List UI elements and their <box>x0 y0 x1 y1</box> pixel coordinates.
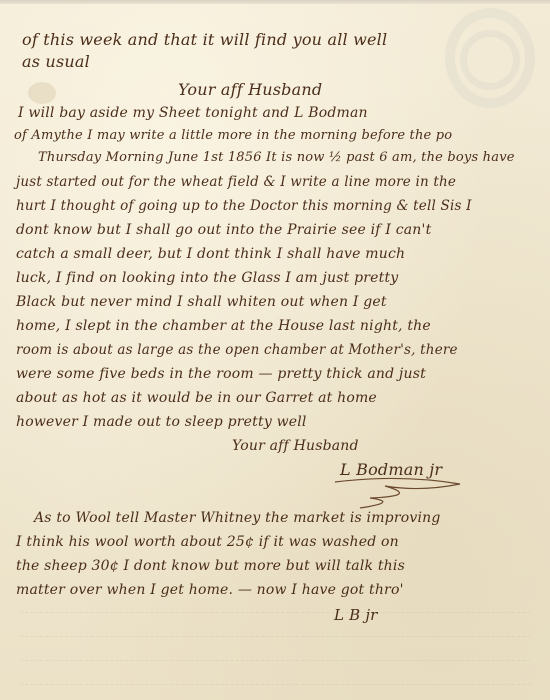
letter-line-text: of Amythe I may write a little more in t… <box>14 128 452 143</box>
letter-line: as usual <box>22 52 90 71</box>
paper-stain <box>28 82 56 104</box>
bleed-through-line <box>20 636 530 651</box>
letter-line: Black but never mind I shall whiten out … <box>16 294 387 310</box>
letter-line: catch a small deer, but I dont think I s… <box>16 246 405 262</box>
letter-line: hurt I thought of going up to the Doctor… <box>16 198 472 214</box>
closing-line: Your aff Husband <box>178 80 322 99</box>
letter-line: luck, I find on looking into the Glass I… <box>16 270 398 286</box>
embossed-seal-inner <box>460 30 520 90</box>
postscript-line: the sheep 30¢ I dont know but more but w… <box>16 558 405 574</box>
letter-line: about as hot as it would be in our Garre… <box>16 390 377 406</box>
closing-line: Your aff Husband <box>232 438 359 454</box>
letter-line: just started out for the wheat field & I… <box>16 174 456 190</box>
letter-page: of this week and that it will find you a… <box>0 0 550 700</box>
postscript-line: matter over when I get home. — now I hav… <box>16 582 404 598</box>
letter-line: I will bay aside my Sheet tonight and L … <box>18 105 368 121</box>
date-line: Thursday Morning June 1st 1856 It is now… <box>38 150 515 165</box>
bleed-through-line <box>20 612 530 627</box>
letter-line: dont know but I shall go out into the Pr… <box>16 222 431 238</box>
letter-line: home, I slept in the chamber at the Hous… <box>16 318 431 334</box>
letter-line: were some five beds in the room — pretty… <box>16 366 426 382</box>
letter-line: of Amythe I may write a little more in t… <box>14 128 452 143</box>
postscript-line: I think his wool worth about 25¢ if it w… <box>16 534 399 550</box>
bleed-through-line <box>20 660 530 675</box>
letter-line: of this week and that it will find you a… <box>22 30 387 49</box>
letter-line: room is about as large as the open chamb… <box>16 342 458 358</box>
bleed-through-line <box>20 684 530 699</box>
postscript-line: As to Wool tell Master Whitney the marke… <box>34 510 441 526</box>
letter-line: however I made out to sleep pretty well <box>16 414 307 430</box>
initials-signature: L B jr <box>334 606 378 624</box>
signature-flourish <box>330 470 470 510</box>
page-top-edge <box>0 0 550 4</box>
